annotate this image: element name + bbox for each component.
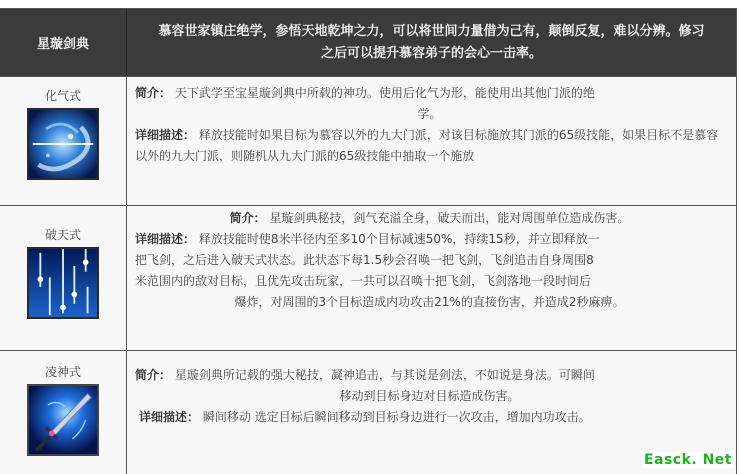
intro-text-line1: 天下武学至宝星璇剑典中所载的神功。使用后化气为形，能使用出其他门派的绝 xyxy=(175,86,595,100)
header-title-cell: 星璇剑典 xyxy=(0,9,127,76)
intro-paragraph: 简介： 星璇剑典秘技，剑气充溢全身，破天而出，能对周围单位造成伤害。 xyxy=(135,208,724,229)
skill-row: 破天式 xyxy=(0,206,736,351)
intro-label: 简介： xyxy=(135,368,171,382)
detail-paragraph: 详细描述： 瞬间移动 选定目标后瞬间移动到目标身边进行一次攻击，增加内功攻击。 xyxy=(135,407,724,428)
swirl-energy-icon xyxy=(27,108,99,180)
skill-row: 化气式 xyxy=(0,77,736,206)
intro-text-line1: 星璇剑典所记载的强大秘技，凝神追击，与其说是剑法，不如说是身法。可瞬间 xyxy=(175,368,595,382)
intro-paragraph: 简介： 天下武学至宝星璇剑典中所载的神功。使用后化气为形，能使用出其他门派的绝 xyxy=(135,83,724,104)
skill-description-cell: 简介： 星璇剑典秘技，剑气充溢全身，破天而出，能对周围单位造成伤害。 详细描述：… xyxy=(127,206,736,350)
falling-swords-icon xyxy=(27,247,99,319)
detail-label: 详细描述： xyxy=(139,410,199,424)
glowing-sword-icon xyxy=(27,384,99,456)
skill-name-cell: 破天式 xyxy=(0,206,127,350)
header-description: 慕容世家镇庄绝学，参悟天地乾坤之力，可以将世间力量借为己有，颠倒反复，难以分辨。… xyxy=(127,9,736,76)
watermark: Easck. Net xyxy=(642,452,734,468)
intro-text-line2: 学。 xyxy=(135,104,724,125)
skill-name-cell: 凌神式 xyxy=(0,351,127,474)
header-title: 星璇剑典 xyxy=(37,33,89,52)
detail-text: 瞬间移动 选定目标后瞬间移动到目标身边进行一次攻击，增加内功攻击。 xyxy=(203,410,591,424)
skill-name: 化气式 xyxy=(45,87,81,104)
intro-text: 星璇剑典秘技，剑气充溢全身，破天而出，能对周围单位造成伤害。 xyxy=(269,211,629,225)
skill-row: 凌神式 xyxy=(0,351,736,474)
detail-label: 详细描述： xyxy=(135,128,195,142)
intro-label: 简介： xyxy=(135,86,171,100)
intro-label: 简介： xyxy=(230,211,266,225)
skill-name-cell: 化气式 xyxy=(0,77,127,205)
skill-name: 凌神式 xyxy=(45,363,81,380)
detail-text: 释放技能时如果目标为慕容以外的九大门派，对该目标施放其门派的65级技能，如果目标… xyxy=(135,128,718,163)
detail-paragraph: 详细描述： 释放技能时如果目标为慕容以外的九大门派，对该目标施放其门派的65级技… xyxy=(135,125,724,167)
intro-text-line2: 移动到目标身边对目标造成伤害。 xyxy=(135,386,724,407)
detail-label: 详细描述： xyxy=(135,232,195,246)
table-header-row: 星璇剑典 慕容世家镇庄绝学，参悟天地乾坤之力，可以将世间力量借为己有，颠倒反复，… xyxy=(0,9,736,77)
detail-text-line4: 爆炸，对周围的3个目标造成内功攻击21%的直接伤害，并造成2秒麻痹。 xyxy=(135,292,724,313)
detail-text-line1: 释放技能时使8米半径内至多10个目标减速50%，持续15秒，并立即释放一 xyxy=(199,232,600,246)
skill-description-cell: 简介： 天下武学至宝星璇剑典中所载的神功。使用后化气为形，能使用出其他门派的绝 … xyxy=(127,77,736,205)
intro-paragraph: 简介： 星璇剑典所记载的强大秘技，凝神追击，与其说是剑法，不如说是身法。可瞬间 xyxy=(135,365,724,386)
skill-table: 星璇剑典 慕容世家镇庄绝学，参悟天地乾坤之力，可以将世间力量借为己有，颠倒反复，… xyxy=(0,8,737,474)
skill-name: 破天式 xyxy=(45,226,81,243)
detail-text-line2: 把飞剑，之后进入破天式状态。此状态下每1.5秒会召唤一把飞剑，飞剑追击自身周围8 xyxy=(135,250,724,271)
detail-text-line3: 米范围内的敌对目标，且优先攻击玩家，一共可以召唤十把飞剑，飞剑落地一段时间后 xyxy=(135,271,724,292)
detail-paragraph: 详细描述： 释放技能时使8米半径内至多10个目标减速50%，持续15秒，并立即释… xyxy=(135,229,724,250)
